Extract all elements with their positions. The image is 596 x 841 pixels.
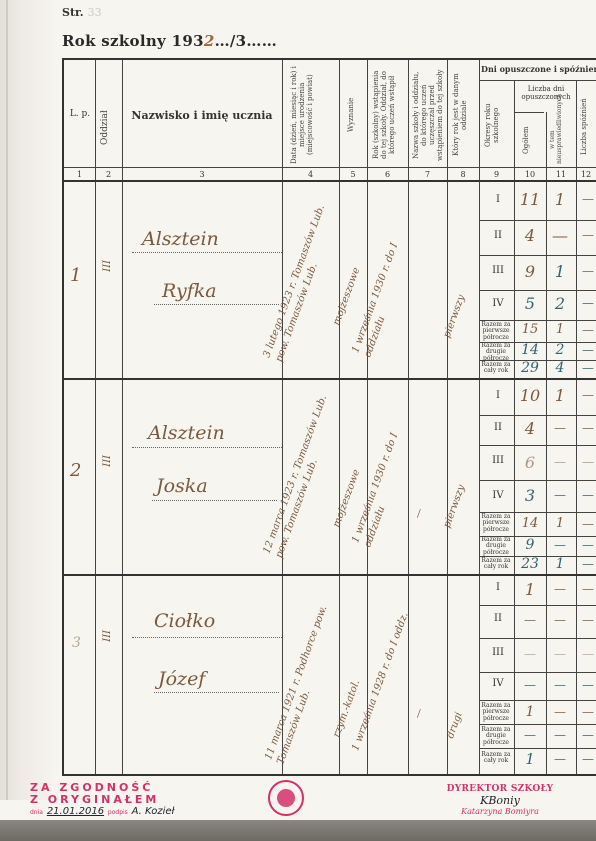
summary-label: Razem za cały rok [476,752,516,765]
name-dotline [132,447,282,448]
row-divider [479,80,596,81]
days-unexcused: 1 [546,262,574,281]
days-unexcused: — [548,582,572,596]
days-total: 1 [516,580,544,599]
signature-label: podpis [108,809,128,816]
header-missed-group: Liczba dni opuszczonych [516,86,576,101]
student-divider [64,574,596,576]
second-half-total: 9 [516,537,544,553]
header-birth: Data (dzień, miesiąc i rok) i miejsce ur… [290,66,334,164]
school-year-line: Rok szkolny 1932…/3…… [62,32,277,50]
student-enrollment: 1 września 1930 r. do I oddziału [349,209,428,360]
period-label: III [478,455,518,466]
school-year-prefix: 193 [172,32,204,50]
student-year-in-class: drugi [444,680,477,741]
row-divider [514,112,544,113]
student-oddzial: III [102,260,114,272]
second-half-late: — [576,538,596,552]
register-table: L. p. Oddział Nazwisko i imię ucznia Dat… [62,58,596,776]
director-signature: KBoniy [430,794,570,807]
scan-bottom-edge [0,820,596,841]
row-divider [479,672,596,673]
days-total: 4 [516,419,544,438]
days-total: — [518,678,542,692]
second-half-late: — [576,343,596,357]
page-label: Str. [62,6,84,19]
name-dotline [154,304,279,305]
student-oddzial: III [102,630,114,642]
late-count: — [576,228,596,242]
days-unexcused: — [548,455,572,469]
student-previous-school: — [411,460,444,521]
whole-year-total: 1 [516,750,544,768]
row-divider [479,480,596,481]
school-year-suffix: /3 [230,32,247,50]
period-label: IV [478,490,518,501]
period-label: IV [478,298,518,309]
period-label: II [478,422,518,433]
days-unexcused: 1 [546,190,574,209]
first-half-total: 15 [516,322,544,337]
header-year-in-class: Który rok jest w danym oddziale [452,66,474,164]
whole-year-late: — [576,752,596,766]
row-divider [479,255,596,256]
row-divider [479,290,596,291]
days-total: — [518,647,542,661]
col-number: 9 [479,170,514,179]
col-number: 8 [447,170,479,179]
col-number: 11 [546,170,576,179]
student-birth: 11 marca 1921 r. Podhorce pow. Tomaszów … [262,598,361,773]
first-half-unexcused: 1 [546,322,574,337]
summary-label: Razem za drugie półrocze [476,343,516,362]
director-stamp: DYREKTOR SZKOŁY KBoniy Katarzyna Bomiyra [430,784,570,816]
director-name: Katarzyna Bomiyra [430,807,570,816]
row-divider [479,724,596,725]
student-given-name: Józef [158,668,205,690]
director-title: DYREKTOR SZKOŁY [430,784,570,794]
days-unexcused: — [548,678,572,692]
col-number: 3 [122,170,282,179]
summary-label: Razem za pierwsze półrocze [476,703,516,722]
header-oddzial: Oddział [100,90,110,165]
late-count: — [576,388,596,402]
second-half-unexcused: — [548,728,572,742]
first-half-unexcused: — [548,705,572,719]
whole-year-unexcused: — [548,752,572,766]
header-lp: L. p. [66,110,94,120]
row-divider [479,700,596,701]
late-count: — [576,613,596,627]
late-count: — [576,678,596,692]
first-half-late: — [576,705,596,719]
first-half-total: 1 [516,704,544,720]
col-divider [546,112,547,774]
student-oddzial: III [102,455,114,467]
period-label: III [478,647,518,658]
col-number: 12 [576,170,596,179]
period-label: I [478,194,518,205]
late-count: — [576,421,596,435]
school-year-label: Rok szkolny [62,32,166,50]
whole-year-total: 29 [516,360,544,376]
student-lp: 3 [72,635,81,651]
days-total: — [518,613,542,627]
official-seal-icon [268,780,304,816]
period-label: III [478,265,518,276]
certification-stamp: ZA ZGODNOŚĆ Z ORYGINAŁEM dnia 21.01.2016… [30,782,174,818]
days-total: 6 [516,453,544,472]
header-name: Nazwisko i imię ucznia [124,110,280,122]
days-unexcused: — [548,421,572,435]
second-half-total: — [518,728,542,742]
days-total: 11 [516,190,544,209]
student-lp: 2 [70,460,81,481]
row-divider [479,415,596,416]
summary-label: Razem za drugie półrocze [476,537,516,556]
summary-label: Razem za cały rok [476,362,516,375]
late-count: — [576,488,596,502]
days-unexcused: — [548,647,572,661]
col-number: 7 [408,170,447,179]
first-half-late: — [576,323,596,337]
header-previous-school: Nazwa szkoły i oddziału, do którego ucze… [412,66,444,164]
certify-line-1: ZA ZGODNOŚĆ [30,782,174,794]
header-religion: Wyznanie [347,66,361,164]
whole-year-late: — [576,557,596,571]
second-half-unexcused: 2 [546,342,574,358]
summary-label: Razem za pierwsze półrocze [476,322,516,341]
col-number: 4 [282,170,339,179]
summary-label: Razem za pierwsze półrocze [476,514,516,533]
header-enrollment: Rok (szkolny) wstąpienia do tej szkoły. … [372,66,404,164]
page-number-line: Str.33 [62,6,102,19]
header-total: Ogółem [522,116,540,164]
whole-year-late: — [576,361,596,375]
student-surname: Alsztein [142,228,219,250]
scan-edge [0,0,52,800]
days-total: 4 [516,226,544,245]
row-divider [479,638,596,639]
student-previous-school: — [411,660,444,721]
whole-year-total: 23 [516,556,544,572]
student-lp: 1 [70,265,81,286]
days-unexcused: — [546,226,574,245]
row-divider [479,220,596,221]
student-given-name: Ryfka [162,280,217,302]
days-unexcused: — [548,488,572,502]
col-number: 5 [339,170,367,179]
column-numbers-bottom [64,180,596,182]
period-label: I [478,390,518,401]
first-half-unexcused: 1 [546,516,574,531]
late-count: — [576,647,596,661]
days-total: 5 [516,294,544,313]
date-value: 21.01.2016 [47,806,104,817]
first-half-total: 14 [516,516,544,531]
header-bottom [64,167,596,168]
header-days-group: Dni opuszczone i spóźnienia [481,65,596,74]
col-number: 10 [514,170,546,179]
name-dotline [132,252,282,253]
name-dotline [154,692,279,693]
header-late: Liczba spóźnień [580,90,594,164]
col-number: 1 [64,170,95,179]
period-label: II [478,613,518,624]
page-number: 33 [88,6,102,19]
header-unexcused: w tem nieusprawiedliwionych [550,116,572,164]
row-divider [479,748,596,749]
days-total: 10 [516,386,544,405]
name-dotline [132,637,282,638]
student-surname: Alsztein [148,422,225,444]
late-count: — [576,296,596,310]
whole-year-unexcused: 4 [546,360,574,376]
row-divider [479,605,596,606]
student-surname: Ciołko [154,610,215,632]
second-half-late: — [576,728,596,742]
whole-year-unexcused: 1 [546,556,574,572]
second-half-total: 14 [516,342,544,358]
name-dotline [152,500,277,501]
late-count: — [576,455,596,469]
date-label: dnia [30,809,43,816]
days-unexcused: — [548,613,572,627]
row-divider [479,445,596,446]
period-label: I [478,582,518,593]
certify-line-2: Z ORYGINAŁEM [30,794,174,806]
days-total: 9 [516,262,544,281]
col-number: 6 [367,170,408,179]
eagle-emblem-icon [277,789,295,807]
first-half-late: — [576,517,596,531]
school-year-handwritten: 2 [204,32,215,50]
col-number: 2 [95,170,122,179]
days-unexcused: 2 [546,294,574,313]
period-label: IV [478,678,518,689]
second-half-unexcused: — [548,538,572,552]
summary-label: Razem za cały rok [476,558,516,571]
days-unexcused: 1 [546,386,574,405]
signature-value: A. Kozieł [132,806,175,817]
student-given-name: Joska [156,475,208,497]
summary-label: Razem za drugie półrocze [476,727,516,746]
late-count: — [576,582,596,596]
late-count: — [576,264,596,278]
late-count: — [576,192,596,206]
student-divider [64,378,596,380]
days-total: 3 [516,486,544,505]
header-periods: Okresy roku szkolnego [484,86,510,164]
period-label: II [478,230,518,241]
